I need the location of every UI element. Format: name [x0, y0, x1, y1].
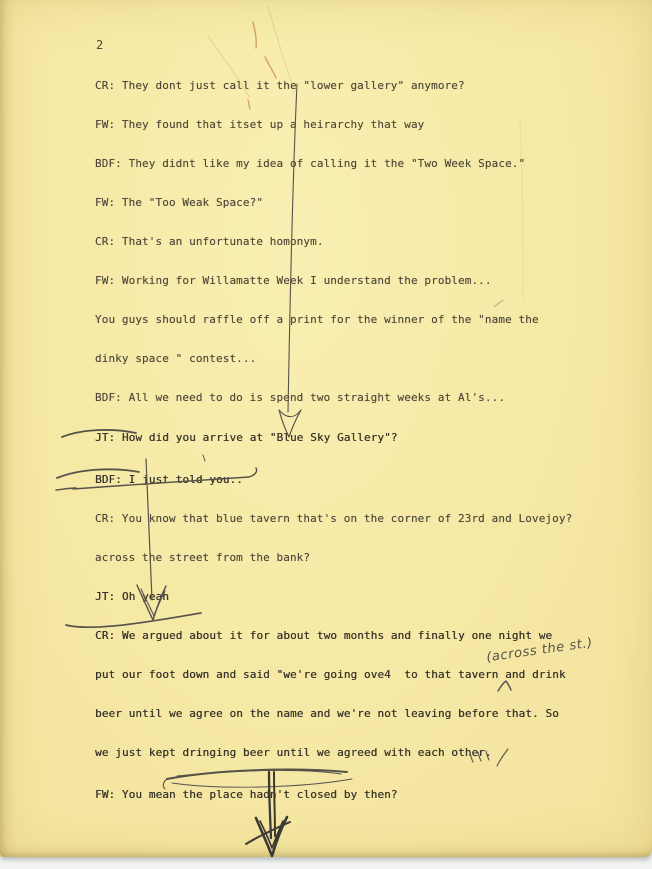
transcript-line: JT: Oh yeah — [95, 590, 169, 604]
transcript-line: JT: How did you arrive at "Blue Sky Gall… — [95, 431, 398, 445]
transcript-line: FW: Working for Willamatte Week I unders… — [95, 274, 492, 288]
transcript-line: dinky space " contest... — [95, 352, 256, 366]
transcript-line: FW: They found that itset up a heirarchy… — [95, 118, 424, 132]
transcript-line: CR: That's an unfortunate homonym. — [95, 235, 324, 249]
page-number: 2 — [96, 38, 103, 52]
transcript-line: FW: The "Too Weak Space?" — [95, 196, 263, 210]
scanned-transcript-page: { "page": { "number": "2" }, "document":… — [0, 0, 652, 869]
transcript-line: CR: You know that blue tavern that's on … — [95, 512, 572, 526]
transcript-line: BDF: All we need to do is spend two stra… — [95, 391, 505, 405]
transcript-line: CR: They dont just call it the "lower ga… — [95, 79, 465, 93]
transcript-line: across the street from the bank? — [95, 551, 310, 565]
transcript-line: beer until we agree on the name and we'r… — [95, 707, 559, 721]
transcript-line: we just kept dringing beer until we agre… — [95, 746, 492, 760]
transcript-line: FW: You mean the place hadn't closed by … — [95, 788, 398, 802]
transcript-line: You guys should raffle off a print for t… — [95, 313, 539, 327]
transcript-line: CR: We argued about it for about two mon… — [95, 629, 552, 643]
transcript-line: BDF: They didnt like my idea of calling … — [95, 157, 525, 171]
transcript-line: put our foot down and said "we're going … — [95, 668, 566, 682]
transcript-line: BDF: I just told you.. — [95, 473, 243, 487]
